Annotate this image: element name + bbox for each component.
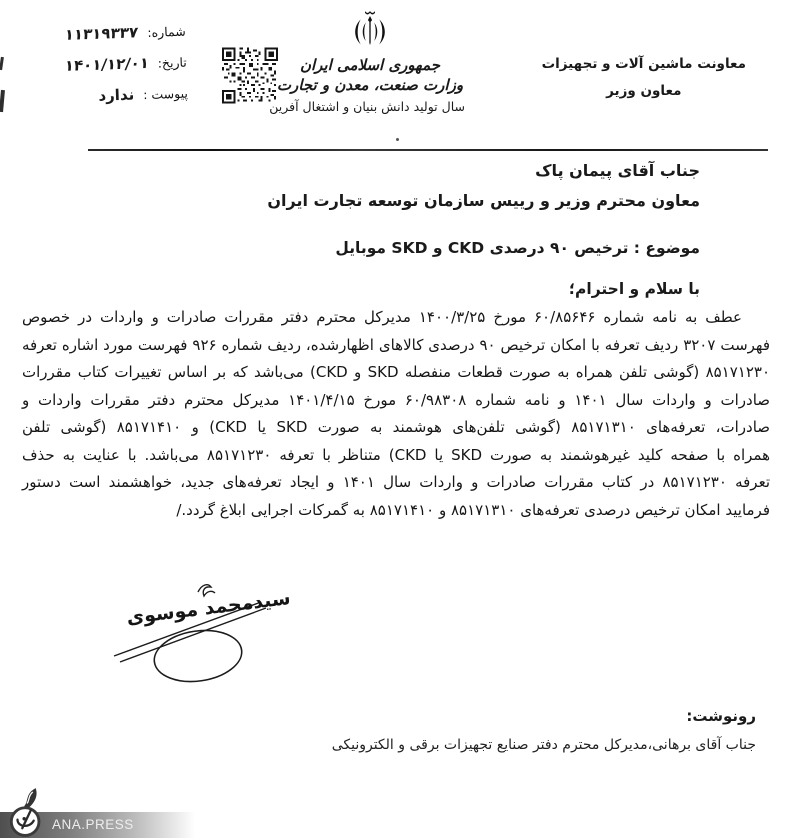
cc-line: جناب آقای برهانی،مدیرکل محترم دفتر صنایع… [332, 737, 756, 753]
subject-line: موضوع : ترخیص ۹۰ درصدی CKD و SKD موبایل [335, 239, 700, 257]
header-department: معاونت ماشین آلات و تجهیزات [542, 56, 746, 72]
body-line: همراه با صفحه کلید غیرهوشمند به صورت SKD… [22, 442, 770, 470]
salutation: با سلام و احترام؛ [569, 280, 700, 298]
header-divider [88, 149, 768, 151]
iran-emblem-icon [350, 8, 390, 54]
meta-date-row: تاریخ: ۱۴۰۱/۱۲/۰۱ [52, 53, 188, 76]
ana-logo-icon [7, 787, 49, 839]
body-line: فرمایید امکان ترخیص درصدی تعرفه‌های ۸۵۱۷… [22, 497, 770, 525]
header-slogan: سال تولید دانش بنیان و اشتغال آفرین [275, 99, 465, 114]
letter-meta: شماره: ۱۱۳۱۹۳۳۷ تاریخ: ۱۴۰۱/۱۲/۰۱ پیوست … [50, 22, 188, 120]
meta-attachment-label: پیوست : [143, 86, 188, 103]
cc-block: رونوشت: جناب آقای برهانی،مدیرکل محترم دف… [332, 707, 756, 753]
dot-artifact [396, 138, 399, 141]
body-paragraph: عطف به نامه شماره ۶۰/۸۵۶۴۶ مورخ ۱۴۰۰/۳/۲… [22, 304, 770, 524]
meta-date-value: ۱۴۰۱/۱۲/۰۱ [64, 54, 150, 75]
recipient-block: جناب آقای پیمان پاک معاون محترم وزیر و ر… [267, 160, 700, 212]
meta-attachment-value: ندارد [98, 86, 134, 105]
body-line: صادرات، تعرفه‌های ۸۵۱۷۱۳۱۰ (گوشی تلفن‌ها… [22, 414, 770, 442]
scan-speck [0, 90, 5, 112]
body-line: فهرست ۳۲۰۷ ردیف تعرفه با امکان ترخیص ۹۰ … [22, 332, 770, 360]
meta-attachment-row: پیوست : ندارد [53, 84, 189, 107]
qr-code-icon [222, 45, 278, 106]
meta-number-value: ۱۱۳۱۹۳۳۷ [64, 23, 139, 44]
meta-date-label: تاریخ: [157, 55, 187, 71]
header-country: جمهوری اسلامی ایران [275, 56, 465, 75]
body-line: عطف به نامه شماره ۶۰/۸۵۶۴۶ مورخ ۱۴۰۰/۳/۲… [22, 304, 770, 332]
recipient-name: جناب آقای پیمان پاک [267, 160, 700, 182]
ana-press-label: ANA.PRESS [52, 812, 134, 838]
scan-speck [0, 57, 4, 70]
scanned-letter-page: شماره: ۱۱۳۱۹۳۳۷ تاریخ: ۱۴۰۱/۱۲/۰۱ پیوست … [0, 0, 790, 840]
recipient-title: معاون محترم وزیر و رییس سازمان توسعه تجا… [267, 190, 700, 212]
meta-number-row: شماره: ۱۱۳۱۹۳۳۷ [50, 22, 186, 45]
cc-label: رونوشت: [332, 707, 756, 725]
body-line: ۸۵۱۷۱۲۳۰ (گوشی تلفن همراه به صورت قطعات … [22, 359, 770, 387]
letterhead-center: جمهوری اسلامی ایران وزارت صنعت، معدن و ت… [275, 8, 465, 114]
meta-number-label: شماره: [147, 24, 186, 40]
header-deputy-title: معاون وزیر [542, 83, 746, 99]
header-ministry: وزارت صنعت، معدن و تجارت [275, 75, 465, 95]
body-line: صادرات و واردات سال ۱۴۰۱ و نامه شماره ۶۰… [22, 387, 770, 415]
letterhead-right: معاونت ماشین آلات و تجهیزات معاون وزیر [542, 56, 746, 99]
body-line: تعرفه ۸۵۱۷۱۲۳۰ در کتاب مقررات صادرات و و… [22, 469, 770, 497]
